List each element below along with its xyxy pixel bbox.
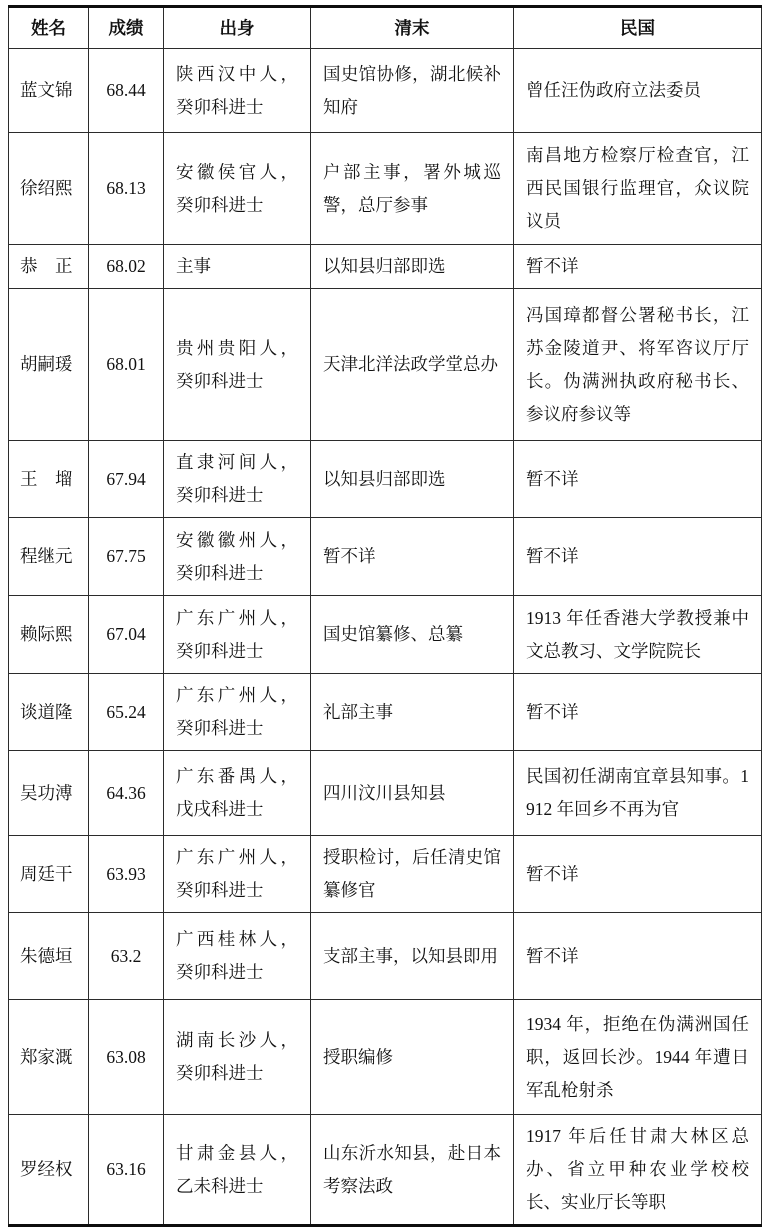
column-header-name: 姓名 [9, 7, 89, 49]
header-row: 姓名 成绩 出身 清末 民国 [9, 7, 762, 49]
cell-qing: 授职检讨，后任清史馆纂修官 [311, 836, 514, 913]
cell-minguo: 1934 年，拒绝在伪满洲国任职，返回长沙。1944 年遭日军乱枪射杀 [514, 1000, 762, 1115]
cell-qing: 以知县归部即选 [311, 441, 514, 518]
cell-minguo: 冯国璋都督公署秘书长，江苏金陵道尹、将军咨议厅厅长。伪满洲执政府秘书长、参议府参… [514, 289, 762, 441]
table-row: 胡嗣瑗 68.01 贵州贵阳人，癸卯科进士 天津北洋法政学堂总办 冯国璋都督公署… [9, 289, 762, 441]
cell-score: 68.02 [89, 245, 164, 289]
cell-origin: 广东广州人，癸卯科进士 [164, 836, 311, 913]
cell-qing: 山东沂水知县，赴日本考察法政 [311, 1115, 514, 1226]
document-page: 姓名 成绩 出身 清末 民国 蓝文锦 68.44 陕西汉中人，癸卯科进士 国史馆… [0, 0, 768, 1226]
table-row: 郑家溉 63.08 湖南长沙人，癸卯科进士 授职编修 1934 年，拒绝在伪满洲… [9, 1000, 762, 1115]
cell-origin: 广东广州人，癸卯科进士 [164, 674, 311, 751]
cell-minguo: 1917 年后任甘肃大林区总办、省立甲种农业学校校长、实业厅长等职 [514, 1115, 762, 1226]
cell-name: 吴功溥 [9, 751, 89, 836]
column-header-qing: 清末 [311, 7, 514, 49]
cell-name: 郑家溉 [9, 1000, 89, 1115]
table-row: 王 塯 67.94 直隶河间人，癸卯科进士 以知县归部即选 暂不详 [9, 441, 762, 518]
cell-name: 王 塯 [9, 441, 89, 518]
cell-score: 63.2 [89, 913, 164, 1000]
cell-name: 谈道隆 [9, 674, 89, 751]
cell-qing: 礼部主事 [311, 674, 514, 751]
cell-score: 64.36 [89, 751, 164, 836]
cell-origin: 甘肃金县人，乙未科进士 [164, 1115, 311, 1226]
cell-origin: 陕西汉中人，癸卯科进士 [164, 49, 311, 133]
cell-minguo: 暂不详 [514, 518, 762, 596]
cell-minguo: 1913 年任香港大学教授兼中文总教习、文学院院长 [514, 596, 762, 674]
cell-qing: 天津北洋法政学堂总办 [311, 289, 514, 441]
cell-origin: 主事 [164, 245, 311, 289]
cell-origin: 安徽徽州人，癸卯科进士 [164, 518, 311, 596]
cell-minguo: 暂不详 [514, 441, 762, 518]
table-row: 吴功溥 64.36 广东番禺人，戊戌科进士 四川汶川县知县 民国初任湖南宜章县知… [9, 751, 762, 836]
cell-score: 68.01 [89, 289, 164, 441]
cell-qing: 以知县归部即选 [311, 245, 514, 289]
cell-score: 67.04 [89, 596, 164, 674]
cell-minguo: 曾任汪伪政府立法委员 [514, 49, 762, 133]
cell-qing: 户部主事，署外城巡警，总厅参事 [311, 133, 514, 245]
cell-qing: 暂不详 [311, 518, 514, 596]
cell-minguo: 民国初任湖南宜章县知事。1912 年回乡不再为官 [514, 751, 762, 836]
table-row: 朱德垣 63.2 广西桂林人，癸卯科进士 支部主事，以知县即用 暂不详 [9, 913, 762, 1000]
biography-table: 姓名 成绩 出身 清末 民国 蓝文锦 68.44 陕西汉中人，癸卯科进士 国史馆… [8, 5, 762, 1227]
cell-qing: 支部主事，以知县即用 [311, 913, 514, 1000]
cell-origin: 贵州贵阳人，癸卯科进士 [164, 289, 311, 441]
column-header-origin: 出身 [164, 7, 311, 49]
cell-minguo: 暂不详 [514, 674, 762, 751]
cell-name: 胡嗣瑗 [9, 289, 89, 441]
cell-name: 朱德垣 [9, 913, 89, 1000]
cell-score: 63.08 [89, 1000, 164, 1115]
cell-minguo: 暂不详 [514, 836, 762, 913]
table-row: 谈道隆 65.24 广东广州人，癸卯科进士 礼部主事 暂不详 [9, 674, 762, 751]
cell-qing: 四川汶川县知县 [311, 751, 514, 836]
cell-qing: 国史馆纂修、总纂 [311, 596, 514, 674]
cell-score: 67.75 [89, 518, 164, 596]
cell-qing: 授职编修 [311, 1000, 514, 1115]
cell-origin: 广西桂林人，癸卯科进士 [164, 913, 311, 1000]
table-body: 蓝文锦 68.44 陕西汉中人，癸卯科进士 国史馆协修，湖北候补知府 曾任汪伪政… [9, 49, 762, 1226]
cell-name: 周廷干 [9, 836, 89, 913]
cell-origin: 广东广州人，癸卯科进士 [164, 596, 311, 674]
cell-name: 蓝文锦 [9, 49, 89, 133]
cell-score: 63.16 [89, 1115, 164, 1226]
table-row: 徐绍熙 68.13 安徽侯官人，癸卯科进士 户部主事，署外城巡警，总厅参事 南昌… [9, 133, 762, 245]
cell-minguo: 暂不详 [514, 913, 762, 1000]
cell-name: 徐绍熙 [9, 133, 89, 245]
cell-minguo: 暂不详 [514, 245, 762, 289]
cell-score: 68.44 [89, 49, 164, 133]
cell-origin: 直隶河间人，癸卯科进士 [164, 441, 311, 518]
cell-score: 67.94 [89, 441, 164, 518]
cell-origin: 广东番禺人，戊戌科进士 [164, 751, 311, 836]
table-row: 蓝文锦 68.44 陕西汉中人，癸卯科进士 国史馆协修，湖北候补知府 曾任汪伪政… [9, 49, 762, 133]
table-row: 恭 正 68.02 主事 以知县归部即选 暂不详 [9, 245, 762, 289]
cell-name: 赖际熙 [9, 596, 89, 674]
column-header-minguo: 民国 [514, 7, 762, 49]
cell-score: 65.24 [89, 674, 164, 751]
cell-name: 程继元 [9, 518, 89, 596]
cell-origin: 湖南长沙人，癸卯科进士 [164, 1000, 311, 1115]
cell-name: 恭 正 [9, 245, 89, 289]
cell-score: 68.13 [89, 133, 164, 245]
table-row: 罗经权 63.16 甘肃金县人，乙未科进士 山东沂水知县，赴日本考察法政 191… [9, 1115, 762, 1226]
cell-minguo: 南昌地方检察厅检查官，江西民国银行监理官，众议院议员 [514, 133, 762, 245]
cell-score: 63.93 [89, 836, 164, 913]
table-row: 赖际熙 67.04 广东广州人，癸卯科进士 国史馆纂修、总纂 1913 年任香港… [9, 596, 762, 674]
table-header: 姓名 成绩 出身 清末 民国 [9, 7, 762, 49]
cell-origin: 安徽侯官人，癸卯科进士 [164, 133, 311, 245]
cell-qing: 国史馆协修，湖北候补知府 [311, 49, 514, 133]
table-row: 周廷干 63.93 广东广州人，癸卯科进士 授职检讨，后任清史馆纂修官 暂不详 [9, 836, 762, 913]
column-header-score: 成绩 [89, 7, 164, 49]
table-row: 程继元 67.75 安徽徽州人，癸卯科进士 暂不详 暂不详 [9, 518, 762, 596]
cell-name: 罗经权 [9, 1115, 89, 1226]
